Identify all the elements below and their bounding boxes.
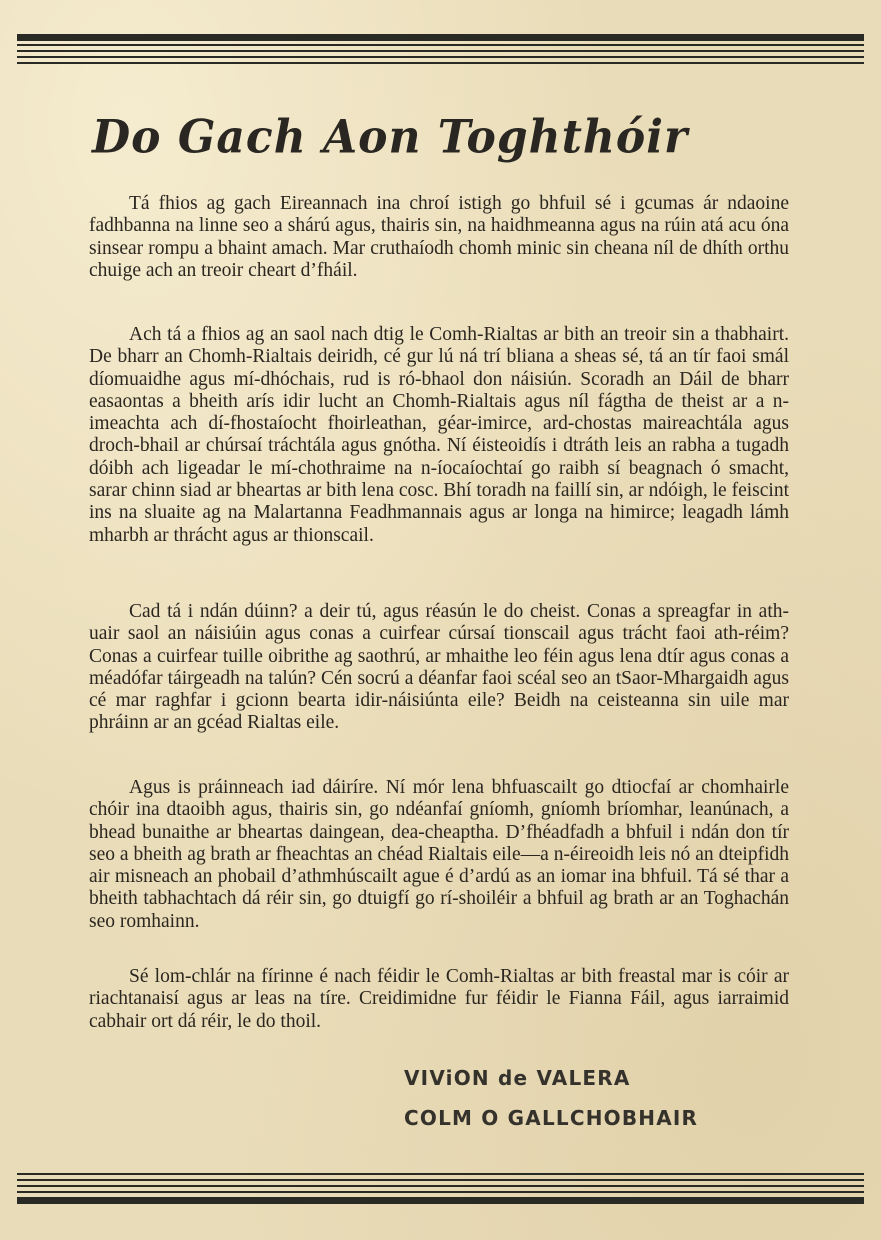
rule-thin: [17, 1173, 864, 1175]
rule-thin: [17, 44, 864, 46]
rule-thin: [17, 1179, 864, 1181]
paragraph-1: Tá fhios ag gach Eireannach ina chroí is…: [89, 193, 789, 282]
rule-thin: [17, 50, 864, 52]
rule-thin: [17, 62, 864, 64]
rule-thin: [17, 1191, 864, 1193]
rule-thick: [17, 34, 864, 41]
paragraph-4: Agus is práinneach iad dáiríre. Ní mór l…: [89, 777, 789, 933]
paragraph-2: Ach tá a fhios ag an saol nach dtig le C…: [89, 324, 789, 547]
rule-thin: [17, 56, 864, 58]
signatory-1: VIViON de VALERA: [404, 1066, 631, 1090]
bottom-decorative-rules: [17, 1173, 864, 1205]
rule-thin: [17, 1185, 864, 1187]
top-decorative-rules: [17, 34, 864, 64]
paragraph-5: Sé lom-chlár na fírinne é nach féidir le…: [89, 966, 789, 1033]
document-title: Do Gach Aon Toghthóir: [92, 111, 772, 165]
signatory-2: COLM O GALLCHOBHAIR: [404, 1106, 698, 1130]
rule-thick: [17, 1197, 864, 1204]
paragraph-3: Cad tá i ndán dúinn? a deir tú, agus réa…: [89, 601, 789, 735]
